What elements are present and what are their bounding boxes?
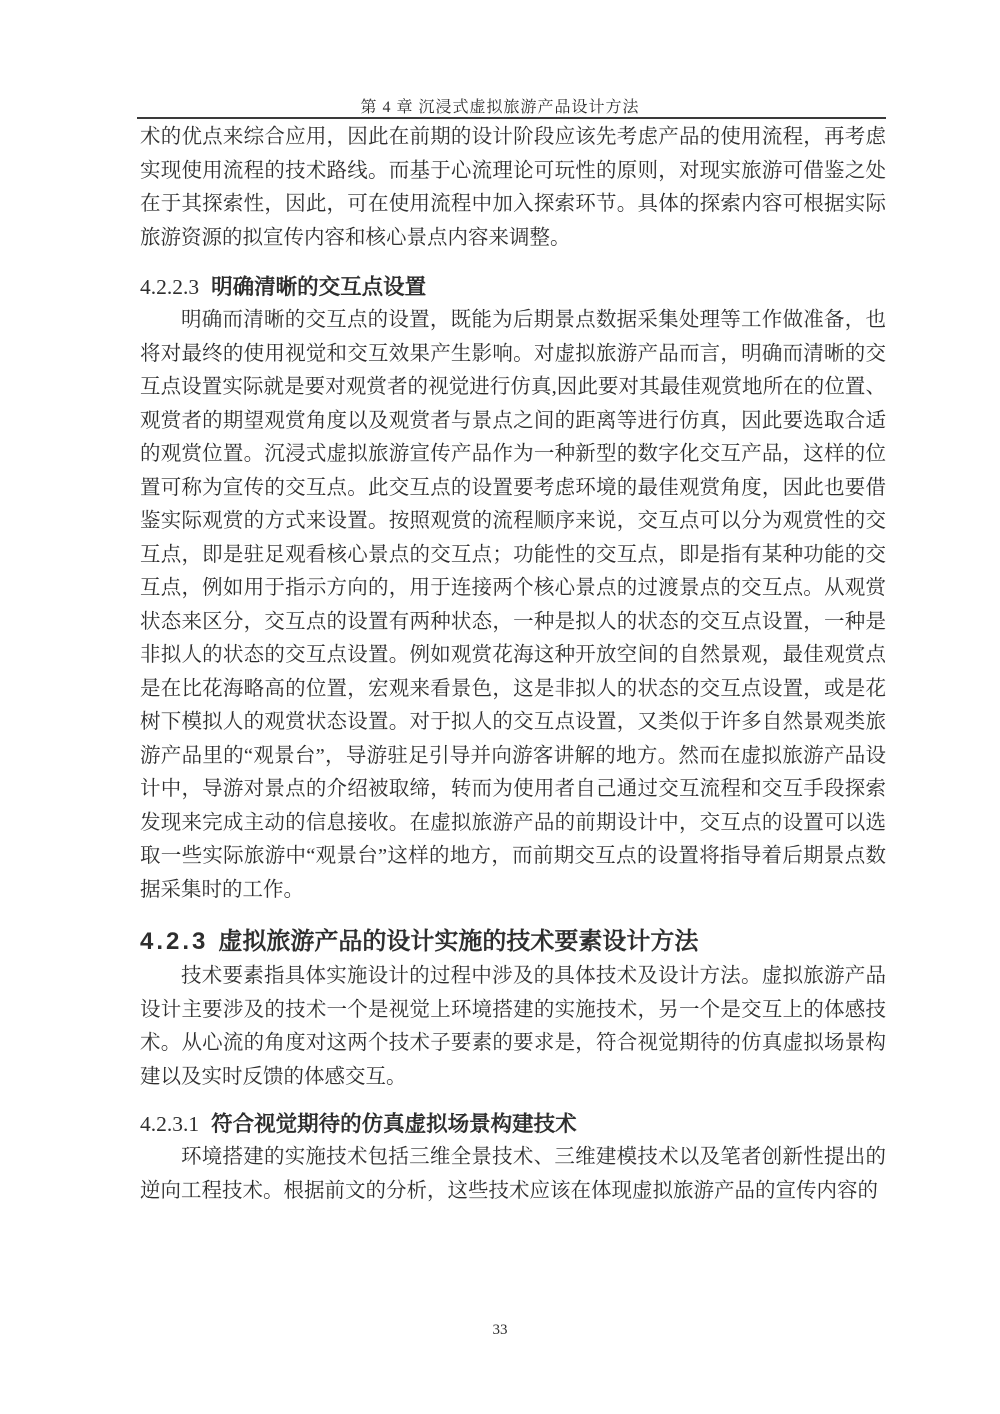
running-header-chapter-title: 第 4 章 沉浸式虚拟旅游产品设计方法 xyxy=(0,94,1000,117)
section-heading-number: 4.2.2.3 xyxy=(140,275,199,299)
paragraph-interaction-points: 明确而清晰的交互点的设置，既能为后期景点数据采集处理等工作做准备，也将对最终的使… xyxy=(140,304,886,907)
section-heading-title: 明确清晰的交互点设置 xyxy=(211,275,426,299)
paragraph-scene-construction: 环境搭建的实施技术包括三维全景技术、三维建模技术以及笔者创新性提出的逆向工程技术… xyxy=(140,1141,886,1208)
section-heading-4-2-2-3: 4.2.2.3明确清晰的交互点设置 xyxy=(140,271,886,304)
page-body: 术的优点来综合应用，因此在前期的设计阶段应该先考虑产品的使用流程，再考虑实现使用… xyxy=(140,121,886,1208)
paragraph-technical-elements: 技术要素指具体实施设计的过程中涉及的具体技术及设计方法。虚拟旅游产品设计主要涉及… xyxy=(140,960,886,1094)
section-heading-4-2-3: 4.2.3虚拟旅游产品的设计实施的技术要素设计方法 xyxy=(140,924,886,960)
page-number: 33 xyxy=(0,1322,1000,1339)
section-heading-title: 符合视觉期待的仿真虚拟场景构建技术 xyxy=(211,1112,577,1136)
document-page: 第 4 章 沉浸式虚拟旅游产品设计方法 术的优点来综合应用，因此在前期的设计阶段… xyxy=(0,0,1000,1414)
section-heading-title: 虚拟旅游产品的设计实施的技术要素设计方法 xyxy=(218,928,698,955)
paragraph-continuation: 术的优点来综合应用，因此在前期的设计阶段应该先考虑产品的使用流程，再考虑实现使用… xyxy=(140,121,886,255)
section-heading-4-2-3-1: 4.2.3.1符合视觉期待的仿真虚拟场景构建技术 xyxy=(140,1108,886,1141)
section-heading-number: 4.2.3.1 xyxy=(140,1112,199,1136)
header-rule xyxy=(137,117,886,119)
section-heading-number: 4.2.3 xyxy=(140,928,208,955)
